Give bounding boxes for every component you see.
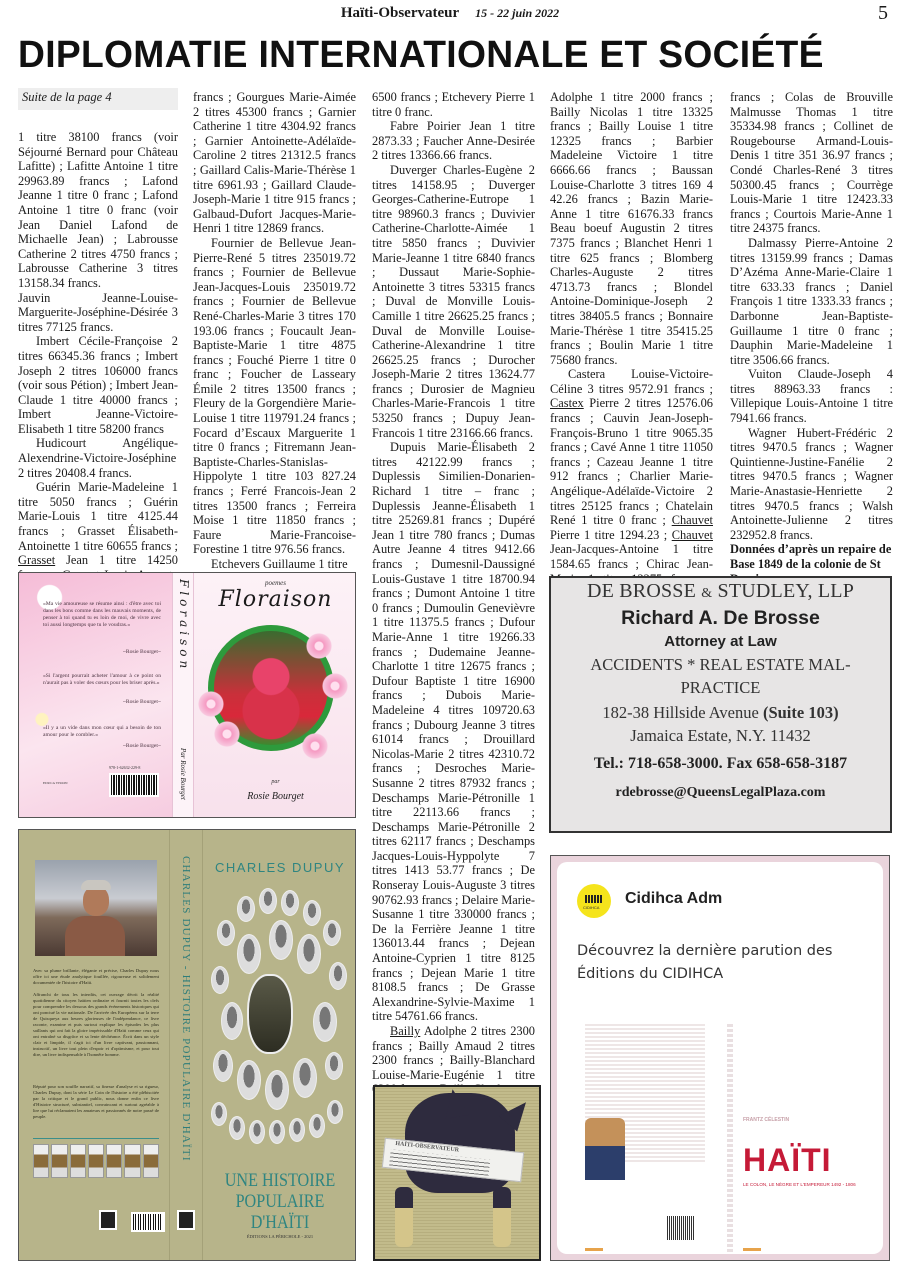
book-author: CHARLES DUPUY <box>203 860 356 875</box>
central-portrait <box>247 974 293 1054</box>
flower-decoration-icon <box>322 673 348 699</box>
article-paragraph: francs ; Colas de Brouville Malmusse Tho… <box>730 90 893 236</box>
article-column-3: 6500 francs ; Etchevery Pierre 1 titre 0… <box>372 90 535 1097</box>
underlined-name: Chauvet <box>672 513 713 527</box>
book-author: FRANTZ CÉLESTIN <box>743 1117 789 1123</box>
quote-signature: ~Rosie Bourget~ <box>43 743 161 749</box>
article-column-2: francs ; Gourgues Marie-Aimée 2 titres 4… <box>193 90 356 572</box>
portrait-oval <box>265 1070 289 1110</box>
portrait-oval <box>327 1100 343 1124</box>
book-quote: «Il y a un vide dans mon cœur qui a beso… <box>43 725 161 739</box>
publisher-mark-icon <box>585 1248 603 1251</box>
portrait-oval <box>309 1114 325 1138</box>
barcode-icon <box>131 1212 165 1232</box>
article-paragraph: Dupuis Marie-Élisabeth 2 titres 42122.99… <box>372 440 535 1024</box>
quote-signature: ~Rosie Bourget~ <box>43 649 161 655</box>
publisher-mark-icon <box>743 1248 761 1251</box>
article-paragraph: Etchevers Guillaume 1 titre <box>193 557 356 572</box>
author-photo <box>35 860 157 956</box>
attorney-title: Attorney at Law <box>551 633 890 650</box>
underlined-name: Castex <box>550 396 584 410</box>
article-column-1: 1 titre 38100 francs (voir Séjourné Bern… <box>18 130 178 597</box>
book-author: Rosie Bourget <box>194 791 356 802</box>
book-back-cover: «Ma vie amoureuse se résume ainsi : d'êt… <box>19 573 172 817</box>
article-paragraph: francs ; Gourgues Marie-Aimée 2 titres 4… <box>193 90 356 236</box>
book-title: HAÏTI <box>743 1142 832 1179</box>
portrait-oval <box>289 1118 305 1142</box>
isbn-label: 978-1-62632-229-8 <box>109 765 140 770</box>
continuation-label: Suite de la page 4 <box>18 88 178 110</box>
flower-decoration-icon <box>214 721 240 747</box>
floraison-book-ad[interactable]: «Ma vie amoureuse se résume ainsi : d'êt… <box>18 572 356 818</box>
portrait-oval <box>329 962 347 990</box>
portrait-oval <box>269 1120 285 1144</box>
lawyer-ad[interactable]: DE BROSSE & STUDLEY, LLP Richard A. De B… <box>549 576 892 833</box>
book-quote: «Si l'argent pourrait acheter l'amour à … <box>43 673 161 687</box>
author-portrait-image <box>585 1118 625 1180</box>
portrait-oval <box>269 920 293 960</box>
flower-decoration-icon <box>198 691 224 717</box>
book-quote: «Ma vie amoureuse se résume ainsi : d'êt… <box>43 601 161 629</box>
article-paragraph: 6500 francs ; Etchevery Pierre 1 titre 0… <box>372 90 535 119</box>
portrait-oval <box>297 934 321 974</box>
portrait-oval <box>213 1050 233 1082</box>
email-link[interactable]: rdebrosse@QueensLegalPlaza.com <box>551 785 890 801</box>
book-title: UNE HISTOIRE POPULAIRE D'HAÏTI <box>215 1170 346 1233</box>
barcode-icon <box>109 773 159 797</box>
article-paragraph: Fournier de Bellevue Jean-Pierre-René 5 … <box>193 236 356 557</box>
quote-signature: ~Rosie Bourget~ <box>43 699 161 705</box>
article-column-4: Adolphe 1 titre 2000 francs ; Bailly Nic… <box>550 90 713 615</box>
article-paragraph: Duverger Charles-Eugène 2 titres 14158.9… <box>372 163 535 440</box>
portrait-oval <box>303 900 321 926</box>
portrait-oval <box>229 1116 245 1140</box>
histoire-populaire-book-ad[interactable]: Avec sa plume brillante, élégante et pré… <box>18 829 356 1261</box>
masthead: Haïti-Observateur 15 - 22 juin 2022 5 <box>0 4 900 26</box>
spine-text: CHARLES DUPUY - HISTOIRE POPULAIRE D'HAÏ… <box>180 856 192 1162</box>
account-name: Cidihca Adm <box>625 890 722 908</box>
article-paragraph: Dalmassy Pierre-Antoine 2 titres 13159.9… <box>730 236 893 367</box>
barcode-icon <box>667 1216 695 1240</box>
publisher-info: EDUCA VISION <box>43 781 98 786</box>
book-blurb: Réputé pour son souffle narratif, sa fin… <box>33 1084 159 1120</box>
book-spine: CHARLES DUPUY - HISTOIRE POPULAIRE D'HAÏ… <box>169 830 203 1260</box>
portrait-oval <box>281 890 299 916</box>
portrait-oval <box>259 888 277 914</box>
ad-headline: Découvrez la dernière parution des Éditi… <box>577 940 877 986</box>
spine-title: Floraison <box>177 579 191 672</box>
portrait-oval <box>237 934 261 974</box>
book-blurb: Avec sa plume brillante, élégante et pré… <box>33 968 159 986</box>
practice-areas: ACCIDENTS * REAL ESTATE MAL-PRACTICE <box>551 653 890 699</box>
portrait-oval <box>211 966 229 994</box>
article-paragraph: Imbert Cécile-Françoise 2 titres 66345.3… <box>18 334 178 436</box>
flower-decoration-icon <box>302 733 328 759</box>
book-subtitle: LE COLON, LE NÈGRE ET L'EMPEREUR 1492 - … <box>743 1182 863 1188</box>
article-paragraph: 1 titre 38100 francs (voir Séjourné Bern… <box>18 130 178 291</box>
spine-author: Par Rosie Bourget <box>179 748 187 800</box>
law-firm-name: DE BROSSE & STUDLEY, LLP <box>551 580 890 603</box>
page-number: 5 <box>878 2 888 25</box>
book-front-cover: CHARLES DUPUY UNE HISTOIRE POPULAIRE D'H… <box>203 830 356 1260</box>
cidihca-logo-icon: CIDIHCA <box>577 884 611 918</box>
underlined-name: Bailly <box>390 1024 420 1038</box>
publisher-edition: ÉDITIONS LA PÉRICHOLE - 2021 <box>203 1234 356 1239</box>
phone-fax: Tel.: 718-658-3000. Fax 658-658-3187 <box>551 755 890 773</box>
underlined-name: Grasset <box>18 553 55 567</box>
book-title: Floraison <box>194 587 356 612</box>
portrait-oval <box>293 1058 317 1098</box>
book-spine <box>727 1022 733 1252</box>
portrait-oval <box>237 1060 261 1100</box>
other-books-thumbnails <box>33 1144 159 1178</box>
article-paragraph: Adolphe 1 titre 2000 francs ; Bailly Nic… <box>550 90 713 367</box>
article-paragraph: Jauvin Jeanne-Louise-Marguerite-Joséphin… <box>18 291 178 335</box>
book-front-cover: poemes Floraison par Rosie Bourget <box>194 573 356 817</box>
article-column-5: francs ; Colas de Brouville Malmusse Tho… <box>730 90 893 586</box>
article-paragraph: Fabre Poirier Jean 1 titre 2873.33 ; Fau… <box>372 119 535 163</box>
article-paragraph: Hudicourt Angélique-Alexendrine-Victoire… <box>18 436 178 480</box>
dog-with-newspaper-photo[interactable]: HAÏTI-OBSERVATEUR <box>373 1085 541 1261</box>
book-blurb: Affranchi de tous les interdits, cet ouv… <box>33 992 159 1058</box>
office-address: 182-38 Hillside Avenue (Suite 103) Jamai… <box>551 701 890 747</box>
attorney-name: Richard A. De Brosse <box>551 607 890 630</box>
portrait-oval <box>249 1120 265 1144</box>
portrait-oval <box>217 920 235 946</box>
publisher-logo-icon <box>177 1210 195 1230</box>
issue-date: 15 - 22 juin 2022 <box>475 6 559 20</box>
section-title: DIPLOMATIE INTERNATIONALE ET SOCIÉTÉ <box>18 34 871 77</box>
book-spine: Floraison Par Rosie Bourget <box>172 573 194 817</box>
cidihca-post-card: CIDIHCA Cidihca Adm Découvrez la dernièr… <box>557 862 883 1254</box>
portrait-oval <box>237 896 255 922</box>
newspaper-name: Haïti-Observateur <box>341 5 459 21</box>
publisher-logo-icon <box>99 1210 117 1230</box>
article-paragraph: Vuiton Claude-Joseph 4 titres 88963.33 f… <box>730 367 893 425</box>
portrait-oval <box>221 1002 243 1040</box>
portrait-oval <box>313 1002 337 1042</box>
article-paragraph: Wagner Hubert-Frédéric 2 titres 9470.5 f… <box>730 426 893 543</box>
portrait-oval <box>211 1102 227 1126</box>
author-prefix: par <box>194 779 356 785</box>
flower-decoration-icon <box>306 633 332 659</box>
portrait-oval <box>323 920 341 946</box>
portrait-oval <box>325 1052 343 1080</box>
divider <box>33 1138 159 1139</box>
underlined-name: Chauvet <box>672 528 713 542</box>
book-genre: poemes <box>194 579 356 587</box>
cidihca-book-ad[interactable]: CIDIHCA Cidihca Adm Découvrez la dernièr… <box>550 855 890 1261</box>
